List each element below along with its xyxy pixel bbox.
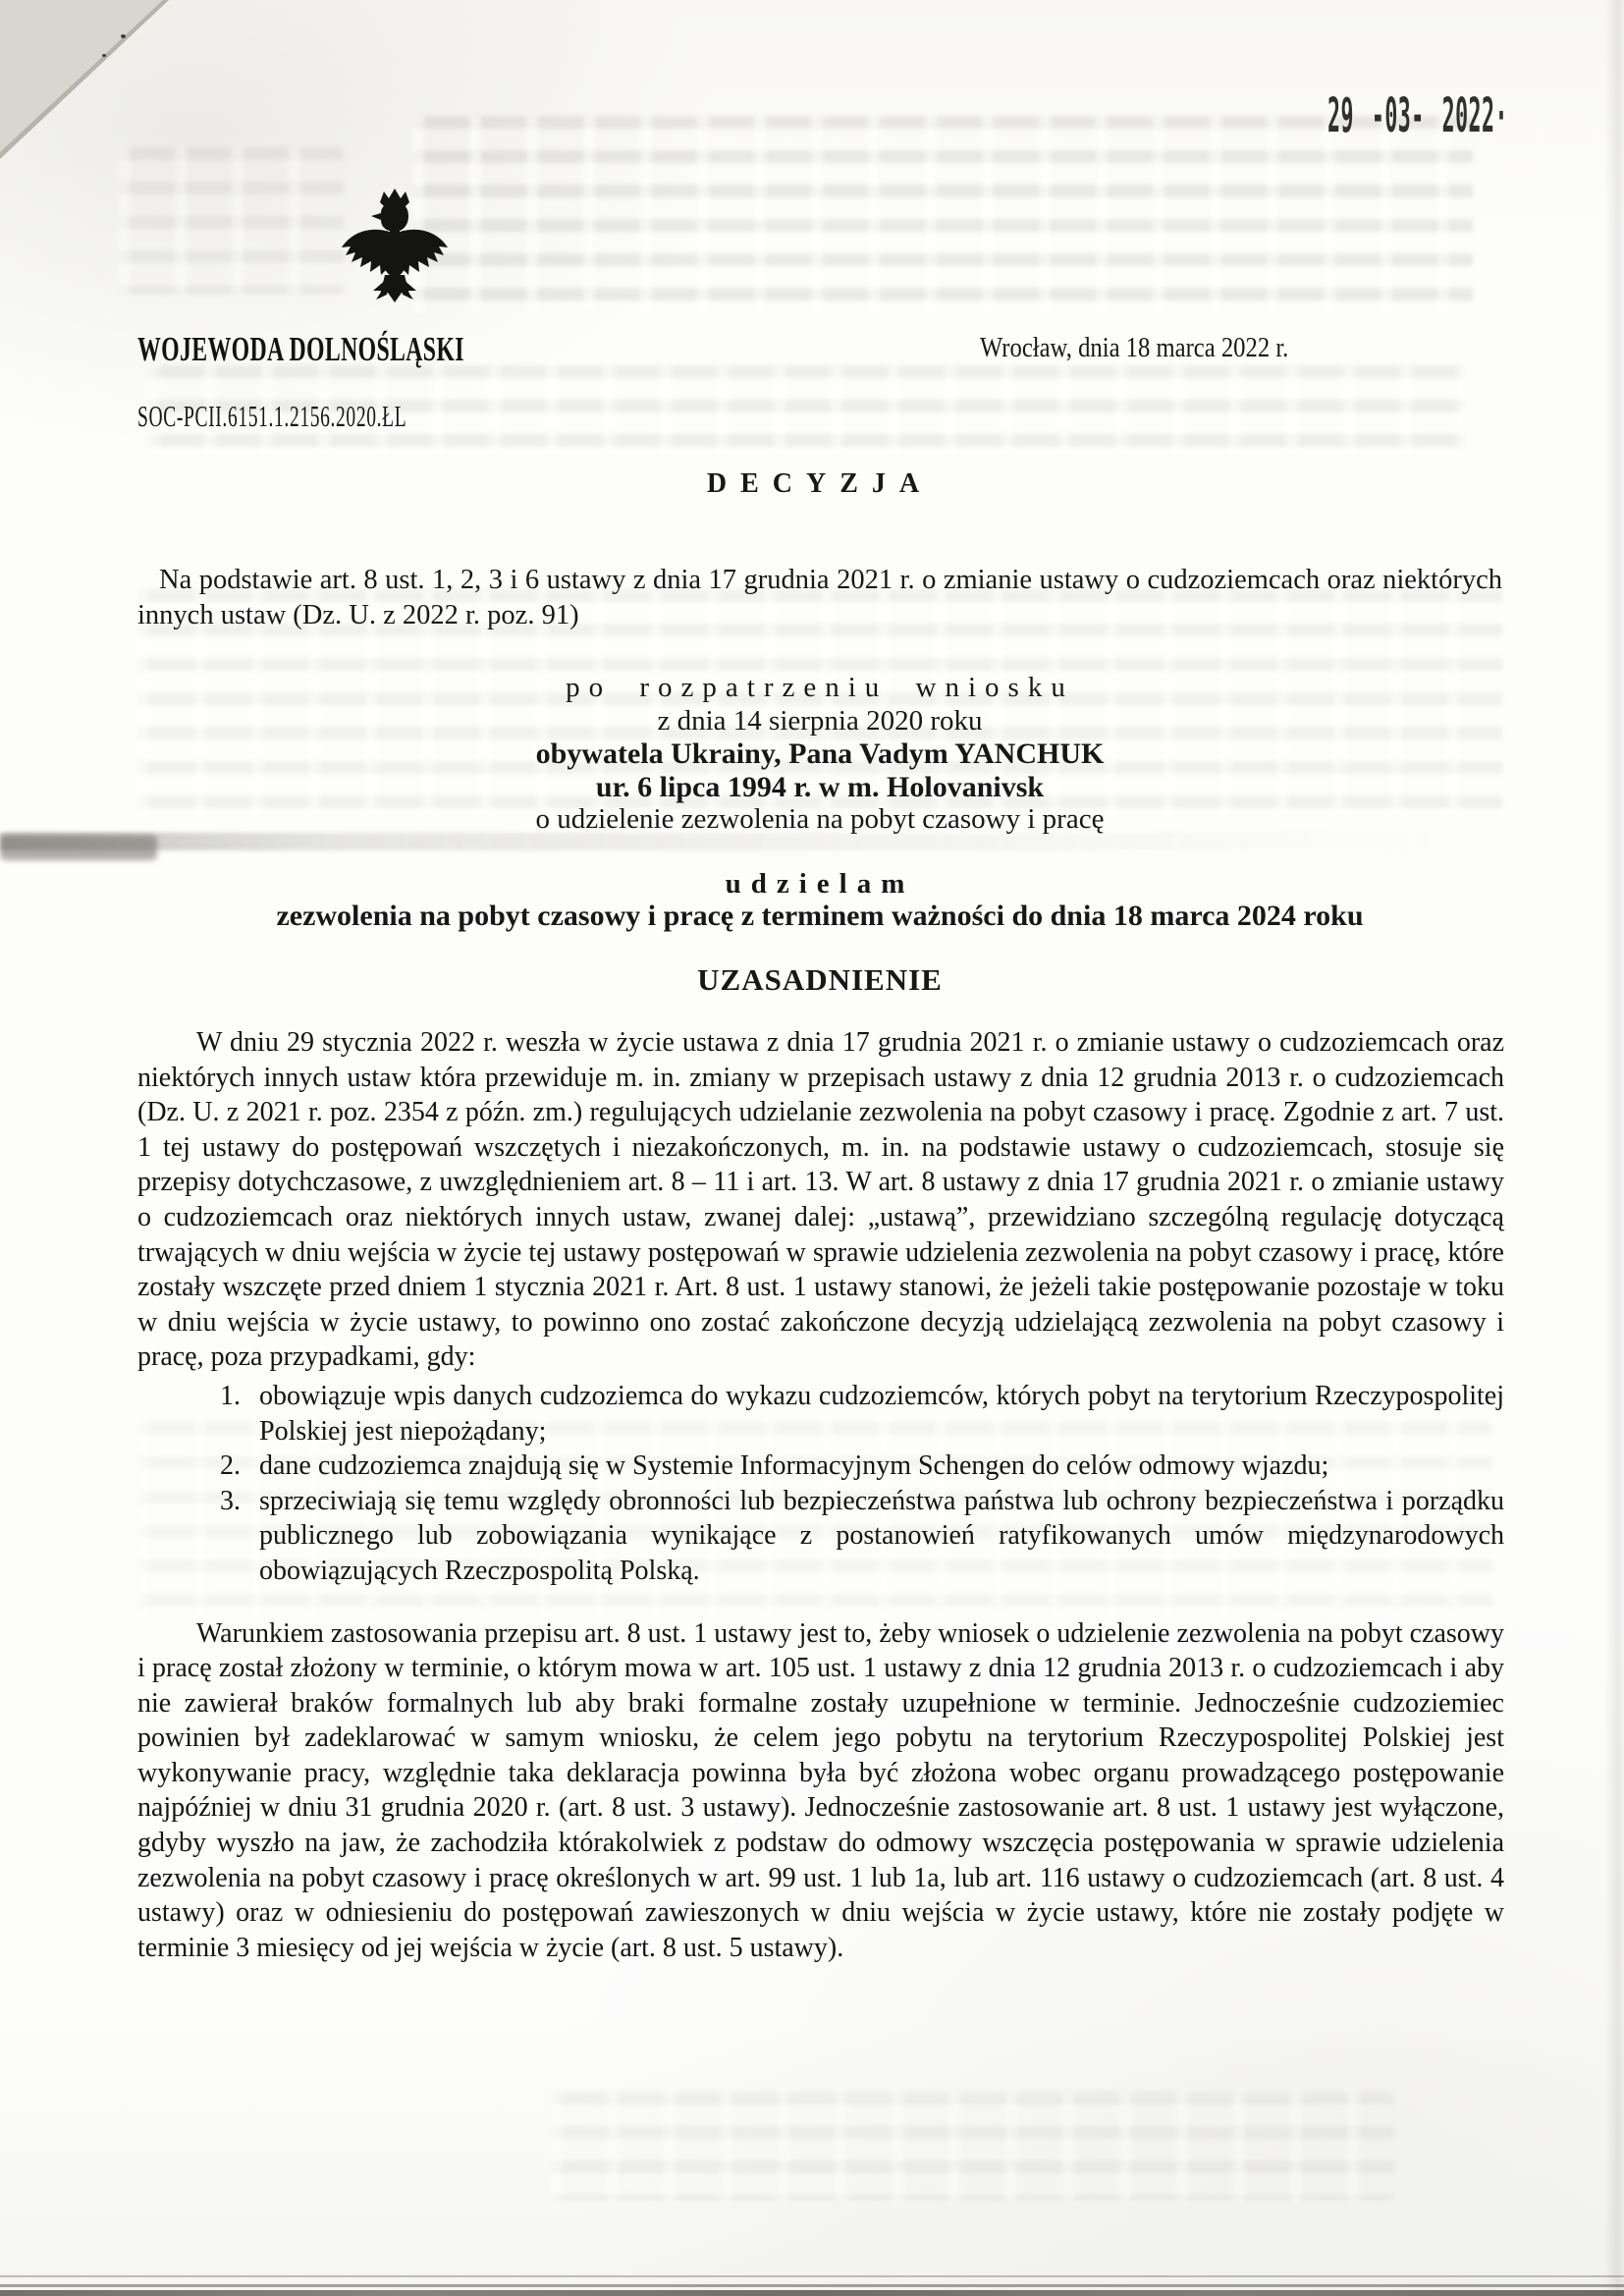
- authority-name: WOJEWODA DOLNOŚLĄSKI: [137, 330, 464, 369]
- scan-wrinkle-dark: [0, 835, 157, 860]
- grant-scope-line: zezwolenia na pobyt czasowy i pracę z te…: [137, 900, 1502, 933]
- justification-paragraph-1: W dniu 29 stycznia 2022 r. weszła w życi…: [137, 1025, 1504, 1375]
- bleed-through-text: [118, 147, 344, 295]
- application-block: po rozpatrzeniu wniosku z dnia 14 sierpn…: [137, 672, 1502, 837]
- scan-speck: [102, 54, 106, 57]
- reason-item-3: sprzeciwiają się temu względy obronności…: [247, 1484, 1504, 1589]
- scan-edge-line: [0, 2275, 1624, 2277]
- scan-edge-line: [0, 2284, 1624, 2287]
- reason-item-1: obowiązuje wpis danych cudzoziemca do wy…: [247, 1379, 1504, 1449]
- after-review-line: po rozpatrzeniu wniosku: [137, 672, 1502, 705]
- scan-edge-band: [0, 2290, 1624, 2296]
- refusal-reasons-list: obowiązuje wpis danych cudzoziemca do wy…: [137, 1379, 1504, 1589]
- justification-body: W dniu 29 stycznia 2022 r. weszła w życi…: [137, 1025, 1504, 1965]
- bleed-through-text: [550, 2092, 1394, 2200]
- applicant-line: obywatela Ukrainy, Pana Vadym YANCHUK: [137, 738, 1502, 771]
- page-edge-shadow: [1604, 0, 1624, 2296]
- scanned-decision-page: 29 -03- 2022· WOJEWODA DOLNOŚLĄSKI Wrocł…: [0, 0, 1624, 2296]
- received-date-stamp: 29 -03- 2022·: [1327, 88, 1508, 143]
- decision-title: DECYZJA: [137, 468, 1502, 500]
- justification-title: UZASADNIENIE: [137, 962, 1502, 998]
- legal-basis-paragraph: Na podstawie art. 8 ust. 1, 2, 3 i 6 ust…: [137, 563, 1502, 633]
- place-and-date: Wrocław, dnia 18 marca 2022 r.: [980, 332, 1288, 364]
- applicant-birth-line: ur. 6 lipca 1994 r. w m. Holovanivsk: [137, 771, 1502, 804]
- reason-item-2: dane cudzoziemca znajdują się w Systemie…: [247, 1449, 1504, 1484]
- bleed-through-text: [412, 116, 1473, 312]
- justification-paragraph-2: Warunkiem zastosowania przepisu art. 8 u…: [137, 1616, 1504, 1966]
- grant-verb: udzielam: [137, 868, 1502, 901]
- application-subject-line: o udzielenie zezwolenia na pobyt czasowy…: [137, 803, 1502, 837]
- polish-eagle-icon: [335, 187, 455, 316]
- case-number: SOC-PCII.6151.1.2156.2020.ŁL: [137, 399, 406, 434]
- application-date-line: z dnia 14 sierpnia 2020 roku: [137, 705, 1502, 738]
- scan-speck: [121, 34, 126, 38]
